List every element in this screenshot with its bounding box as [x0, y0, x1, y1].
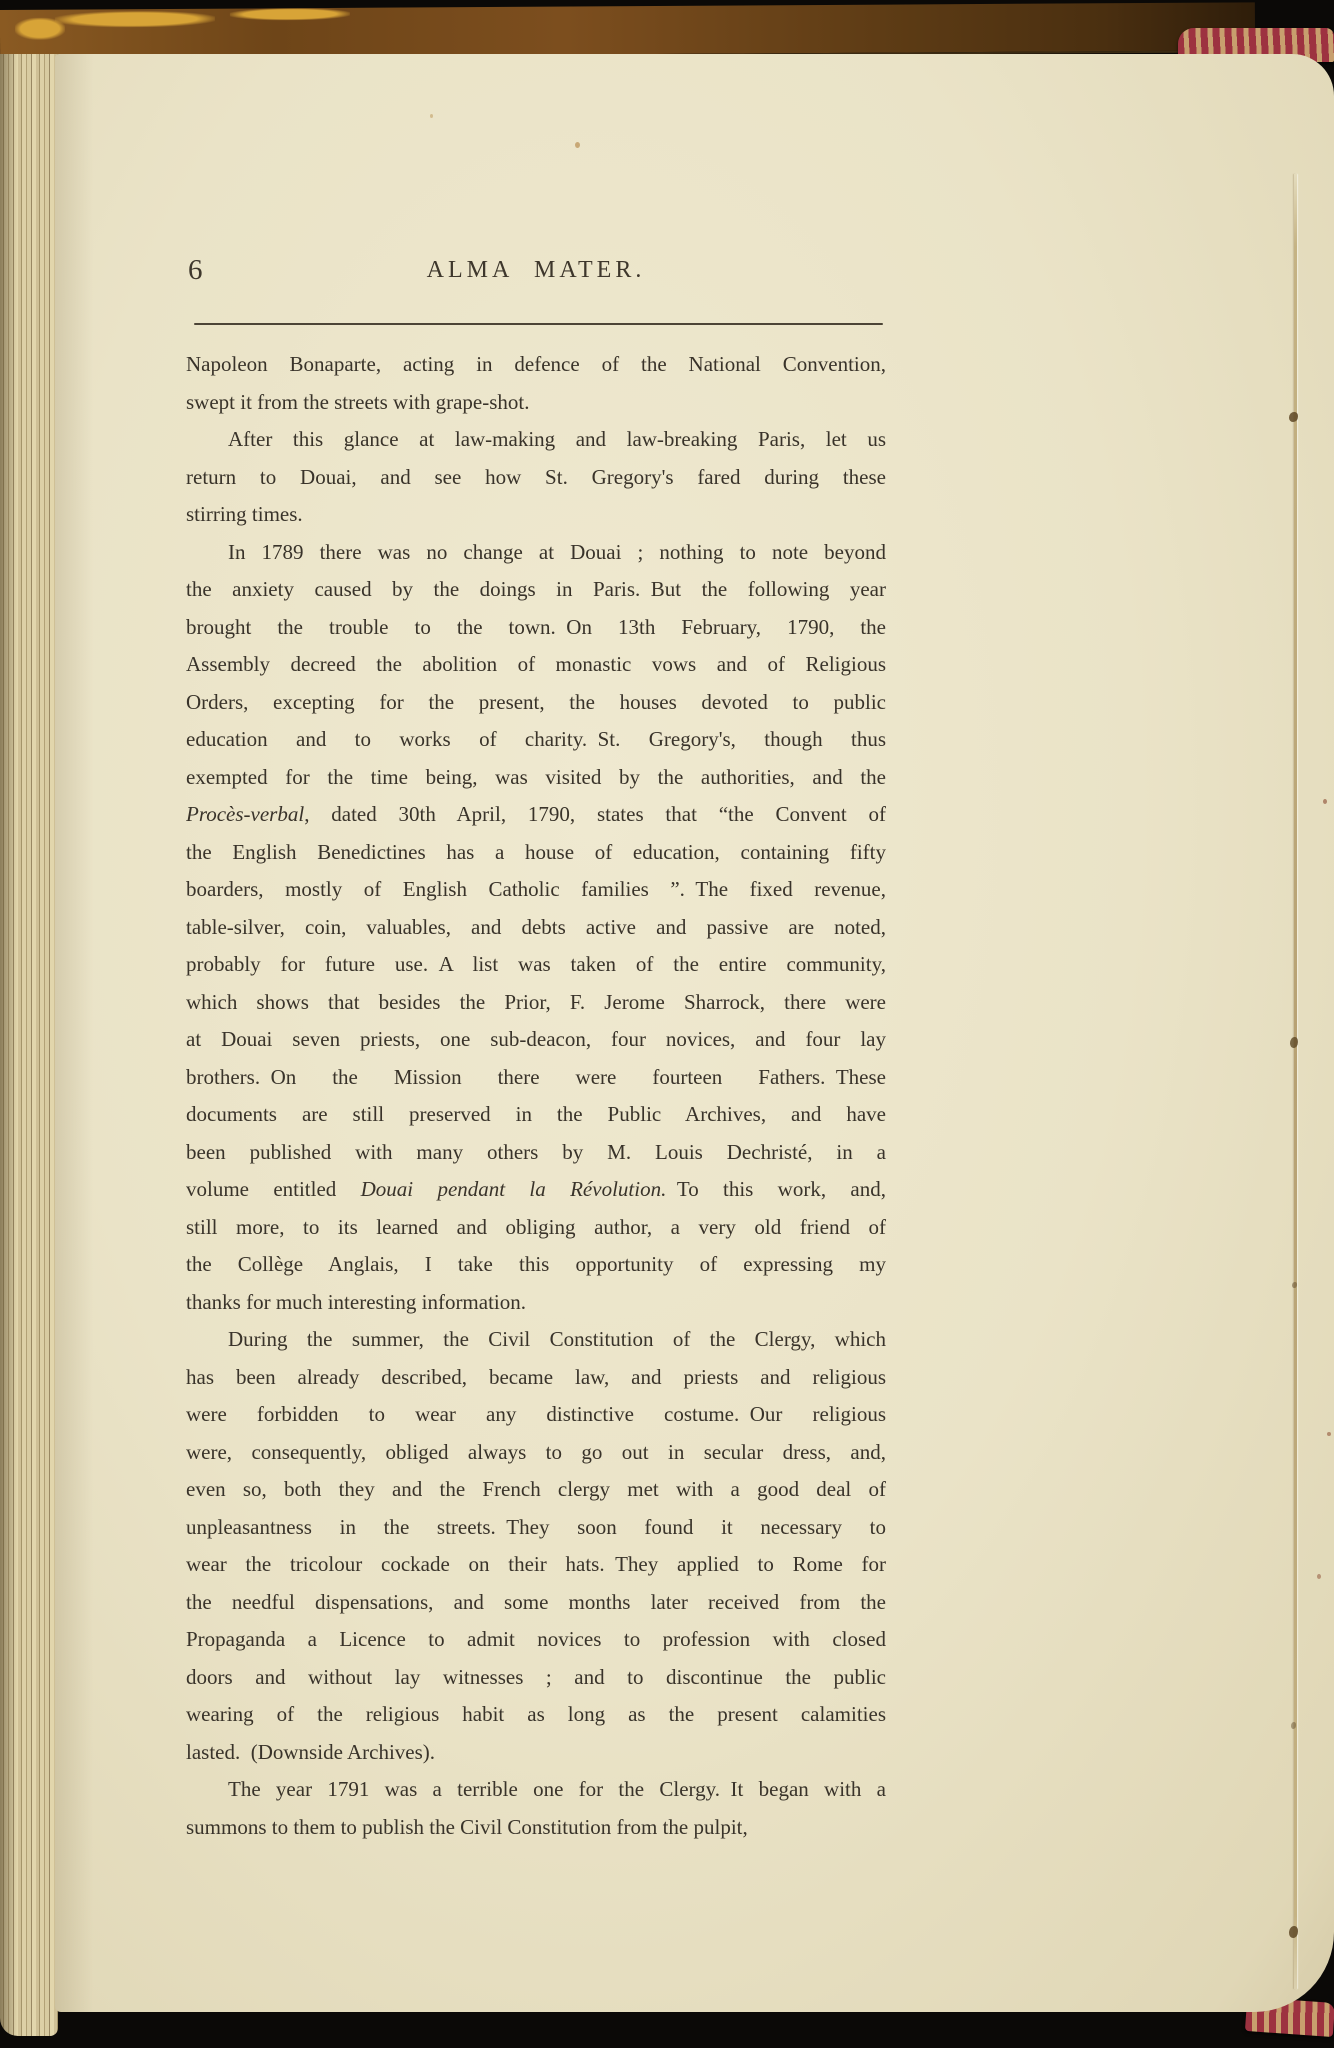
- text-line: lasted. (Downside Archives).: [186, 1734, 886, 1772]
- paragraph: Napoleon Bonaparte, acting in defence of…: [186, 346, 886, 421]
- text-run: wear the tricolour cockade on their hats…: [186, 1552, 886, 1576]
- text-run: After this glance at law-making and law-…: [228, 427, 886, 451]
- fore-edge-fleck: [1317, 1574, 1321, 1579]
- text-run: lasted. (Downside Archives).: [186, 1740, 435, 1764]
- text-run: table-silver, coin, valuables, and debts…: [186, 915, 886, 939]
- running-header: ALMA MATER.: [186, 257, 886, 284]
- text-run: swept it from the streets with grape-sho…: [186, 390, 530, 414]
- text-run: probably for future use. A list was take…: [186, 952, 886, 976]
- text-run: still more, to its learned and obliging …: [186, 1215, 886, 1239]
- text-line: return to Douai, and see how St. Gregory…: [186, 459, 886, 497]
- text-line: Procès-verbal, dated 30th April, 1790, s…: [186, 796, 886, 834]
- text-line: the anxiety caused by the doings in Pari…: [186, 571, 886, 609]
- page-header-row: 6 ALMA MATER.: [186, 254, 886, 294]
- italic-text-run: Procès-verbal: [186, 802, 304, 826]
- text-line: wear the tricolour cockade on their hats…: [186, 1546, 886, 1584]
- text-line: the Collège Anglais, I take this opportu…: [186, 1246, 886, 1284]
- text-run: were, consequently, obliged always to go…: [186, 1440, 886, 1464]
- body-text: Napoleon Bonaparte, acting in defence of…: [186, 346, 886, 1846]
- book-spine-binding: [0, 2, 1255, 60]
- text-run: boarders, mostly of English Catholic fam…: [186, 877, 886, 901]
- text-line: even so, both they and the French clergy…: [186, 1471, 886, 1509]
- fore-edge-fleck: [1323, 799, 1327, 804]
- text-line: education and to works of charity. St. G…: [186, 721, 886, 759]
- gilt-fleck: [55, 11, 215, 28]
- text-line: the English Benedictines has a house of …: [186, 834, 886, 872]
- text-line: After this glance at law-making and law-…: [186, 421, 886, 459]
- page-edges-stack: [0, 54, 58, 2036]
- text-line: summons to them to publish the Civil Con…: [186, 1809, 886, 1847]
- text-line: Orders, excepting for the present, the h…: [186, 684, 886, 722]
- paragraph: In 1789 there was no change at Douai ; n…: [186, 534, 886, 1322]
- text-line: brought the trouble to the town. On 13th…: [186, 609, 886, 647]
- text-run: , dated 30th April, 1790, states that “t…: [304, 802, 886, 826]
- text-line: unpleasantness in the streets. They soon…: [186, 1509, 886, 1547]
- text-line: Assembly decreed the abolition of monast…: [186, 646, 886, 684]
- text-line: probably for future use. A list was take…: [186, 946, 886, 984]
- text-line: The year 1791 was a terrible one for the…: [186, 1771, 886, 1809]
- gilt-fleck: [15, 18, 65, 40]
- text-run: wearing of the religious habit as long a…: [186, 1702, 886, 1726]
- text-run: The year 1791 was a terrible one for the…: [228, 1777, 886, 1801]
- text-run: exempted for the time being, was visited…: [186, 765, 886, 789]
- text-run: which shows that besides the Prior, F. J…: [186, 990, 886, 1014]
- text-line: wearing of the religious habit as long a…: [186, 1696, 886, 1734]
- paper-speck: [430, 114, 433, 118]
- text-run: were forbidden to wear any distinctive c…: [186, 1402, 886, 1426]
- text-line: were, consequently, obliged always to go…: [186, 1434, 886, 1472]
- text-line: table-silver, coin, valuables, and debts…: [186, 909, 886, 947]
- italic-text-run: Douai pendant la Révolution.: [361, 1177, 667, 1201]
- text-line: the needful dispensations, and some mont…: [186, 1584, 886, 1622]
- text-run: Assembly decreed the abolition of monast…: [186, 652, 886, 676]
- text-run: at Douai seven priests, one sub-deacon, …: [186, 1027, 886, 1051]
- text-run: volume entitled: [186, 1177, 361, 1201]
- text-run: Napoleon Bonaparte, acting in defence of…: [186, 352, 886, 376]
- text-line: brothers. On the Mission there were four…: [186, 1059, 886, 1097]
- text-line: exempted for the time being, was visited…: [186, 759, 886, 797]
- text-run: brothers. On the Mission there were four…: [186, 1065, 886, 1089]
- text-line: at Douai seven priests, one sub-deacon, …: [186, 1021, 886, 1059]
- text-run: been published with many others by M. Lo…: [186, 1140, 886, 1164]
- text-line: volume entitled Douai pendant la Révolut…: [186, 1171, 886, 1209]
- paragraph: During the summer, the Civil Constitutio…: [186, 1321, 886, 1771]
- text-line: boarders, mostly of English Catholic fam…: [186, 871, 886, 909]
- text-line: which shows that besides the Prior, F. J…: [186, 984, 886, 1022]
- header-rule: [194, 323, 883, 325]
- book-page: 6 ALMA MATER. Napoleon Bonaparte, acting…: [55, 54, 1334, 2012]
- text-run: has been already described, became law, …: [186, 1365, 886, 1389]
- text-line: stirring times.: [186, 496, 886, 534]
- text-line: Napoleon Bonaparte, acting in defence of…: [186, 346, 886, 384]
- text-run: summons to them to publish the Civil Con…: [186, 1815, 748, 1839]
- text-run: Orders, excepting for the present, the h…: [186, 690, 886, 714]
- text-run: thanks for much interesting information.: [186, 1290, 526, 1314]
- text-run: even so, both they and the French clergy…: [186, 1477, 886, 1501]
- text-run: stirring times.: [186, 502, 303, 526]
- text-run: To this work, and,: [666, 1177, 886, 1201]
- text-line: swept it from the streets with grape-sho…: [186, 384, 886, 422]
- text-line: been published with many others by M. Lo…: [186, 1134, 886, 1172]
- text-run: During the summer, the Civil Constitutio…: [228, 1327, 886, 1351]
- text-line: still more, to its learned and obliging …: [186, 1209, 886, 1247]
- text-line: were forbidden to wear any distinctive c…: [186, 1396, 886, 1434]
- text-run: return to Douai, and see how St. Gregory…: [186, 465, 886, 489]
- text-line: Propaganda a Licence to admit novices to…: [186, 1621, 886, 1659]
- paper-speck: [575, 142, 580, 148]
- text-line: In 1789 there was no change at Douai ; n…: [186, 534, 886, 572]
- text-run: Propaganda a Licence to admit novices to…: [186, 1627, 886, 1651]
- text-line: has been already described, became law, …: [186, 1359, 886, 1397]
- text-run: brought the trouble to the town. On 13th…: [186, 615, 886, 639]
- text-line: documents are still preserved in the Pub…: [186, 1096, 886, 1134]
- text-run: documents are still preserved in the Pub…: [186, 1102, 886, 1126]
- text-run: doors and without lay witnesses ; and to…: [186, 1665, 886, 1689]
- page-crease: [1294, 174, 1297, 1989]
- text-run: the Collège Anglais, I take this opportu…: [186, 1252, 886, 1276]
- text-run: the English Benedictines has a house of …: [186, 840, 886, 864]
- text-line: doors and without lay witnesses ; and to…: [186, 1659, 886, 1697]
- text-run: the anxiety caused by the doings in Pari…: [186, 577, 886, 601]
- text-run: the needful dispensations, and some mont…: [186, 1590, 886, 1614]
- gilt-fleck: [230, 8, 350, 21]
- text-run: In 1789 there was no change at Douai ; n…: [228, 540, 886, 564]
- text-run: education and to works of charity. St. G…: [186, 727, 886, 751]
- text-run: unpleasantness in the streets. They soon…: [186, 1515, 886, 1539]
- paragraph: The year 1791 was a terrible one for the…: [186, 1771, 886, 1846]
- text-line: During the summer, the Civil Constitutio…: [186, 1321, 886, 1359]
- fore-edge-fleck: [1327, 1432, 1331, 1436]
- paragraph: After this glance at law-making and law-…: [186, 421, 886, 534]
- text-line: thanks for much interesting information.: [186, 1284, 886, 1322]
